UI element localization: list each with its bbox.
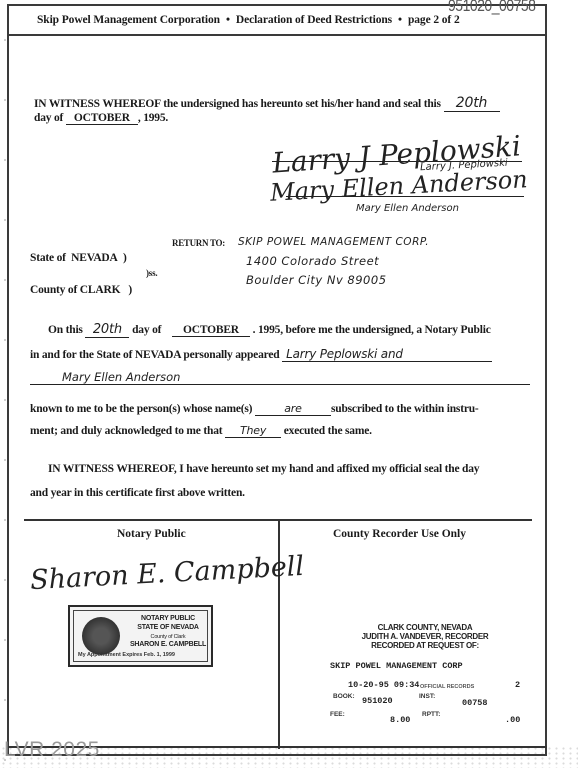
acknowledgment-line3: known to me to be the person(s) whose na… [30, 402, 479, 416]
day-field: 20th [444, 95, 500, 112]
return-to-line: Skip Powel Management Corp. [238, 236, 429, 248]
rptt-label: RPTT: [422, 711, 440, 718]
recorded-datetime: 10-20-95 09:34 [348, 680, 419, 690]
recorded-requester: SKIP POWEL MANAGEMENT CORP [330, 661, 463, 671]
acknowledgment-line4: ment; and duly acknowledged to me that T… [30, 424, 372, 438]
page-count: 2 [515, 680, 520, 690]
pronoun-field: They [225, 424, 281, 438]
book-number: 951020 [362, 696, 393, 706]
acknowledgment-line1: On this 20th day of OCTOBER . 1995, befo… [48, 322, 491, 338]
notary-witness-line1: IN WITNESS WHEREOF, I have hereunto set … [48, 463, 479, 475]
signature-line [286, 196, 524, 197]
inst-label: INST: [419, 693, 435, 700]
recorder-stamp-line: CLARK COUNTY, NEVADA [295, 623, 555, 632]
ss-mark: )ss. [146, 268, 157, 278]
verb-field: are [255, 402, 331, 416]
notary-witness-line2: and year in this certificate first above… [30, 487, 245, 499]
rptt-amount: .00 [505, 715, 520, 725]
recorder-stamp-line: JUDITH A. VANDEVER, RECORDER [295, 632, 555, 641]
appeared-names-field: Larry Peplowski and [282, 347, 492, 362]
fee-amount: 8.00 [390, 715, 410, 725]
document-number: 951020_00758 [448, 0, 535, 15]
ack-day-field: 20th [85, 322, 129, 338]
acknowledgment-line2: in and for the State of NEVADA personall… [30, 347, 492, 362]
notary-seal-stamp: NOTARY PUBLIC STATE OF NEVADA County of … [68, 605, 213, 667]
witness-clause-line1: IN WITNESS WHEREOF the undersigned has h… [34, 95, 500, 112]
fee-label: FEE: [330, 711, 345, 718]
ack-month-field: OCTOBER [172, 324, 250, 337]
page-indicator: page 2 of 2 [408, 14, 460, 26]
month-field: OCTOBER [66, 112, 138, 125]
recorder-title: County Recorder Use Only [333, 528, 466, 540]
company-name: Skip Powel Management Corporation [37, 14, 220, 26]
recorder-stamp-line: RECORDED AT REQUEST OF: [295, 641, 555, 650]
inst-number: 00758 [462, 698, 488, 708]
witness-clause-line2: day of OCTOBER, 1995. [34, 112, 168, 125]
appeared-names-line [30, 384, 530, 385]
state-seal-icon [82, 617, 120, 655]
official-records-label: OFFICIAL RECORDS [420, 684, 474, 690]
header-title: Skip Powel Management Corporation•Declar… [37, 14, 460, 26]
county-line: County of CLARK ) [30, 284, 132, 296]
watermark: LVR 2025 [4, 738, 100, 762]
book-label: BOOK: [333, 693, 355, 700]
return-to-line: Boulder City Nv 89005 [246, 273, 387, 287]
state-line: State of NEVADA ) [30, 252, 127, 264]
printed-name-mary: Mary Ellen Anderson [356, 203, 459, 214]
appeared-names-continued: Mary Ellen Anderson [62, 370, 180, 384]
return-to-line: 1400 Colorado Street [246, 254, 379, 268]
notary-public-title: Notary Public [117, 528, 186, 540]
document-title: Declaration of Deed Restrictions [236, 14, 392, 26]
return-to-label: RETURN TO: [172, 238, 225, 248]
